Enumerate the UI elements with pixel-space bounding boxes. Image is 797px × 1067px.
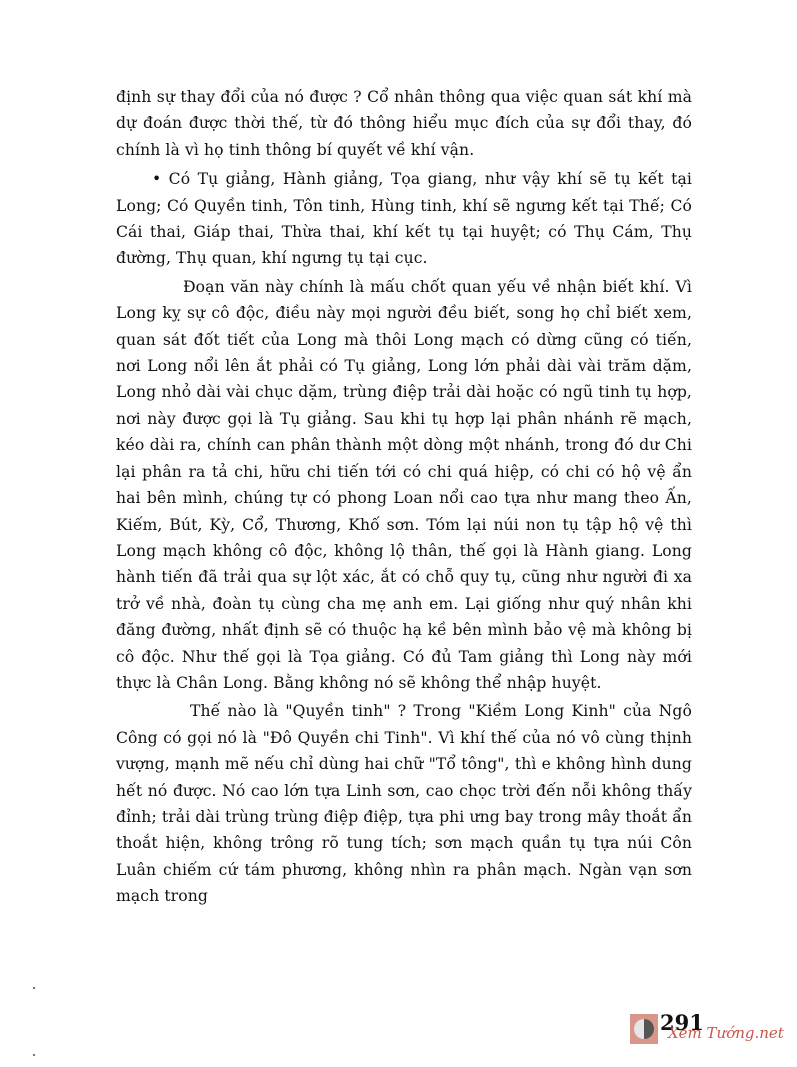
page-footer: 291 Xem Tướng.net xyxy=(630,1010,797,1042)
paragraph-body: Đoạn văn này chính là mấu chốt quan yếu … xyxy=(116,274,692,697)
watermark-text: Xem Tướng.net xyxy=(668,1024,784,1042)
watermark-logo xyxy=(630,1014,658,1044)
paragraph-body: Thế nào là "Quyền tinh" ? Trong "Kiềm Lo… xyxy=(116,698,692,909)
yin-yang-icon xyxy=(634,1019,654,1039)
document-page: định sự thay đổi của nó được ? Cổ nhân t… xyxy=(116,84,692,910)
paragraph-quote: • Có Tụ giảng, Hành giảng, Tọa giang, nh… xyxy=(116,166,692,272)
scan-speck xyxy=(33,987,35,989)
scan-speck xyxy=(33,1054,35,1056)
paragraph-continuation: định sự thay đổi của nó được ? Cổ nhân t… xyxy=(116,84,692,163)
